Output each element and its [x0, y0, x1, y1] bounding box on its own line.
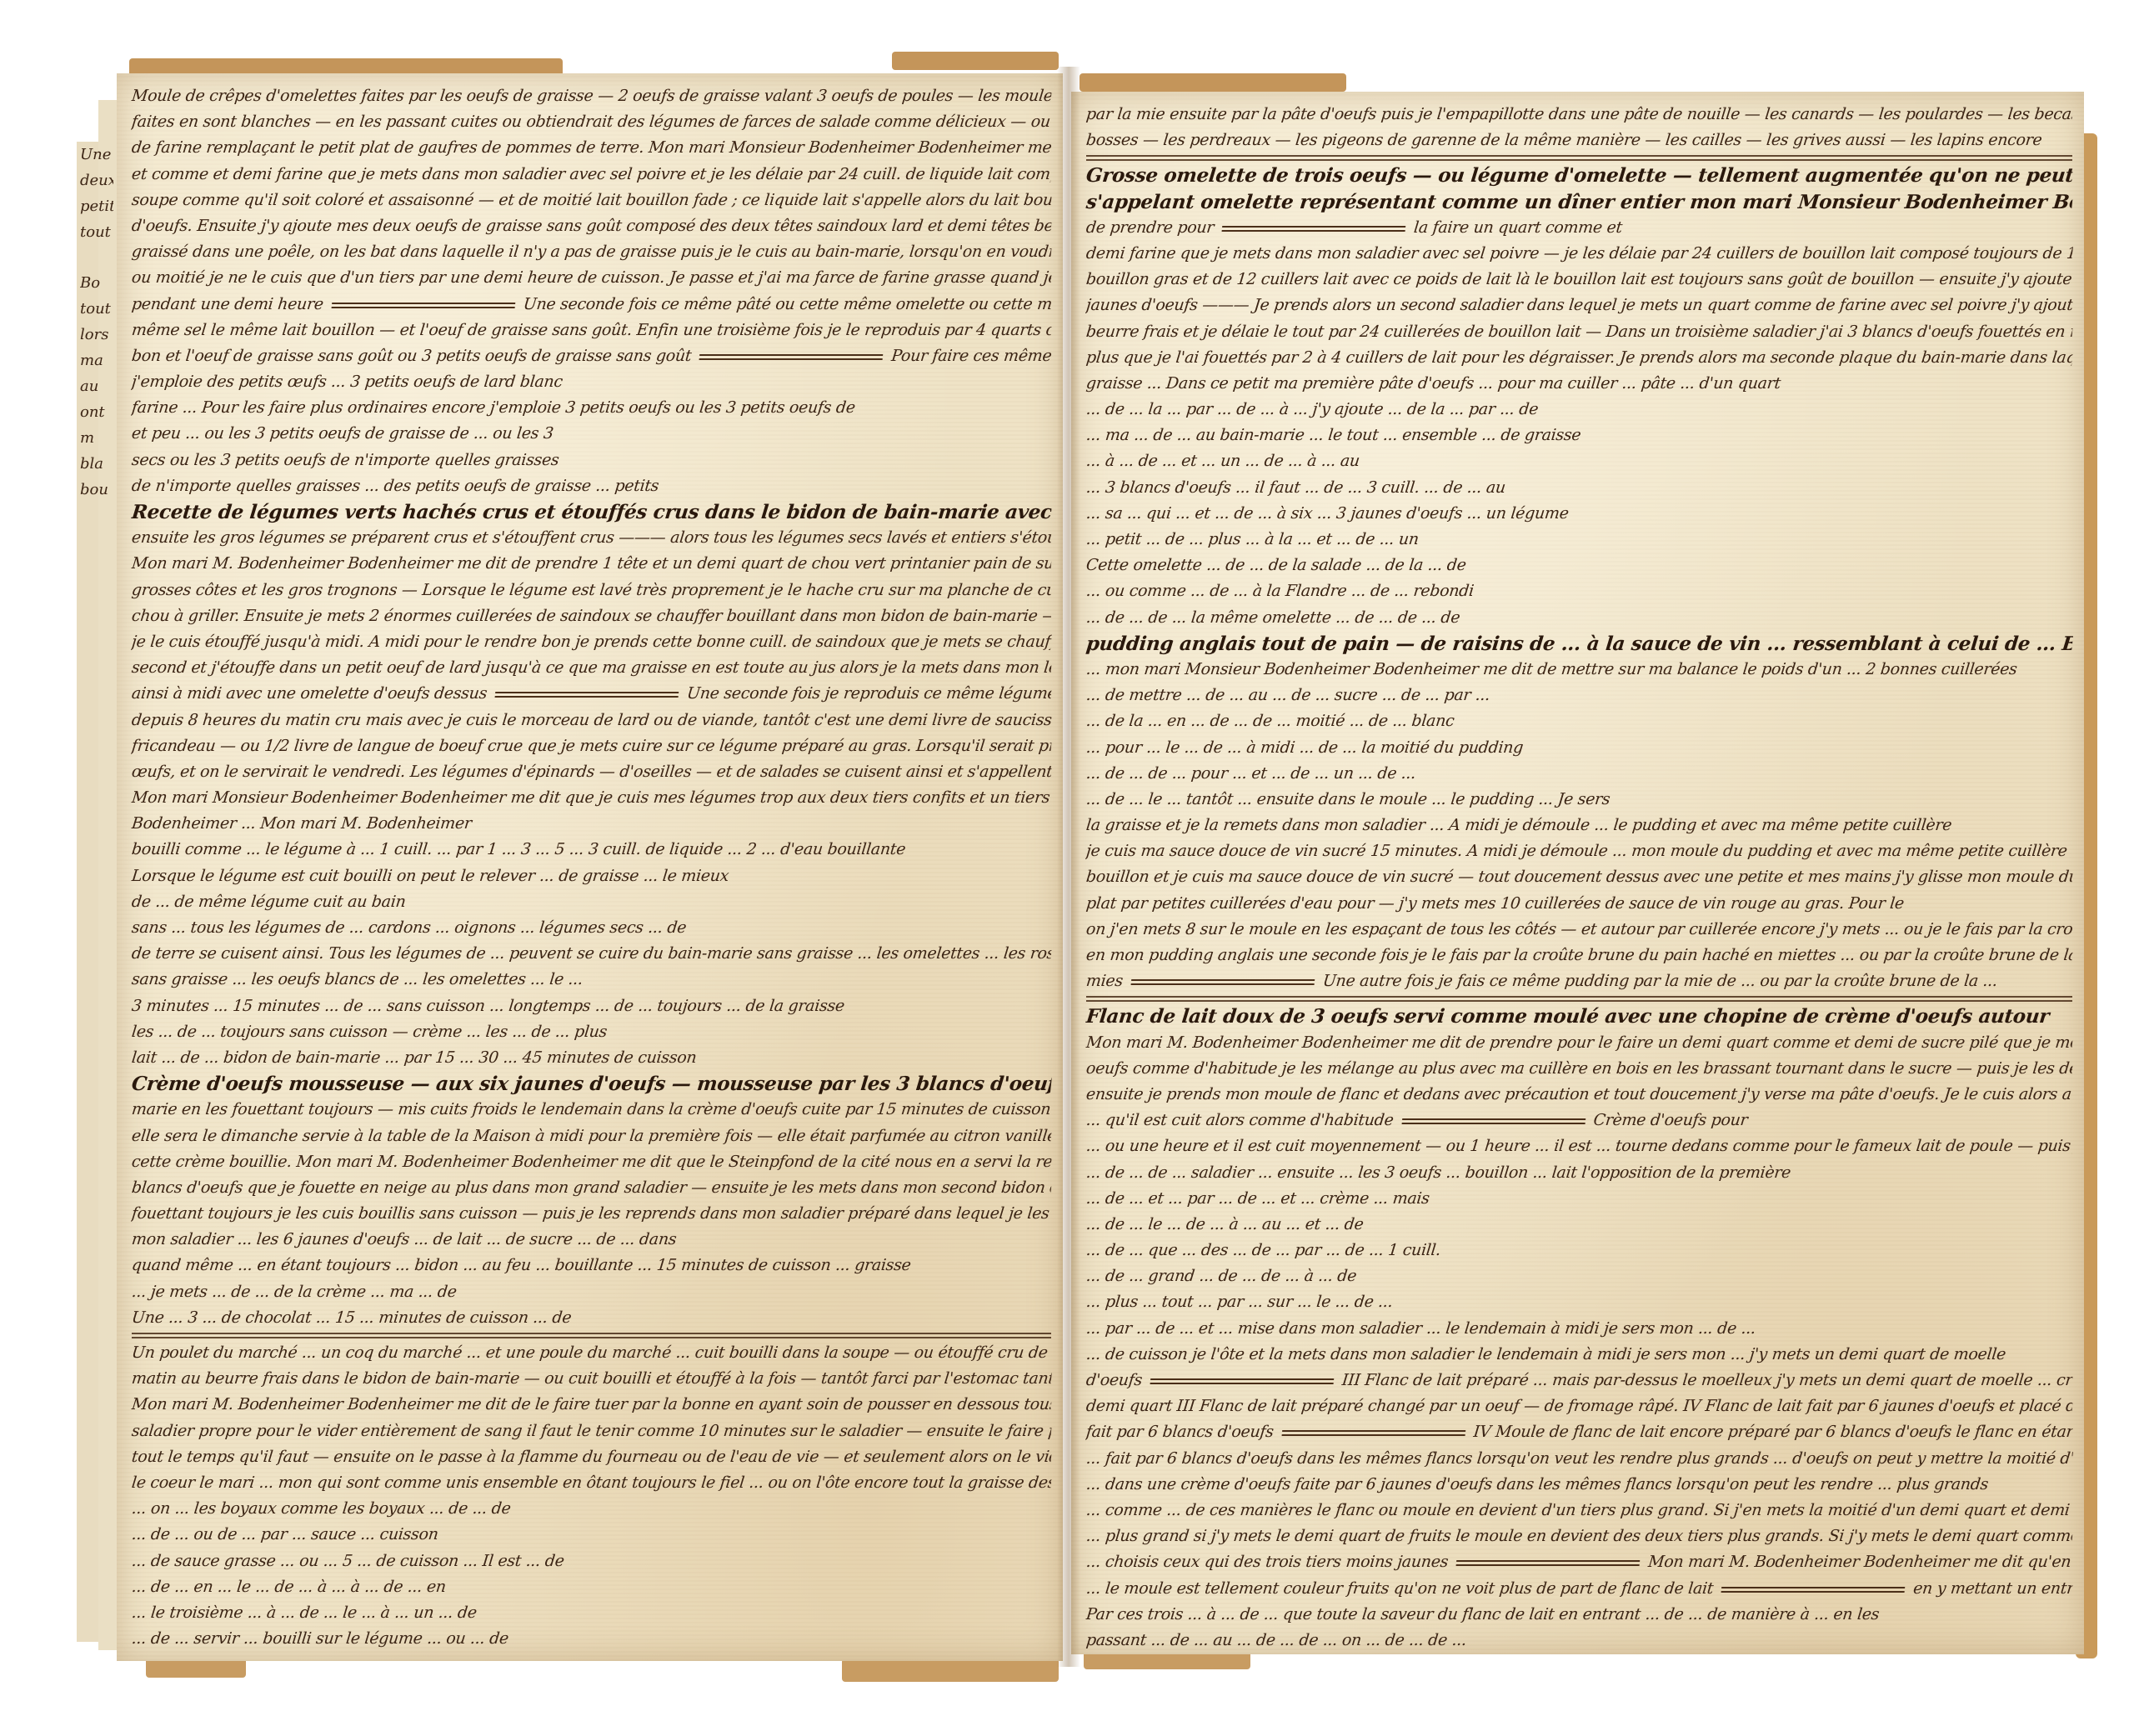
manuscript-line: chou à griller. Ensuite je mets 2 énorme…: [130, 603, 1052, 629]
manuscript-line: ... plus grand si j'y mets le demi quart…: [1085, 1523, 2073, 1549]
manuscript-line: Moule de crêpes d'omelettes faites par l…: [130, 83, 1052, 109]
manuscript-line: les ... de ... toujours sans cuisson — c…: [130, 1019, 1052, 1045]
manuscript-line: bouilli comme ... le légume à ... 1 cuil…: [130, 837, 1052, 863]
manuscript-line: fait par 6 blancs d'oeufsIV Moule de fla…: [1085, 1419, 2073, 1445]
ink-double-rule: [1150, 1378, 1335, 1384]
manuscript-line: miesUne autre fois je fais ce même puddi…: [1085, 968, 2073, 994]
manuscript-line: secs ou les 3 petits oeufs de n'importe …: [130, 448, 1052, 473]
manuscript-line: de ... de même légume cuit au bain: [130, 889, 1052, 915]
manuscript-line: ... de ... de ... pour ... et ... de ...…: [1085, 761, 2073, 787]
margin-word: tout: [80, 219, 113, 245]
manuscript-line: marie en les fouettant toujours — mis cu…: [130, 1097, 1052, 1123]
ink-double-rule: [1086, 155, 2072, 161]
manuscript-line: ... ou comme ... de ... à la Flandre ...…: [1085, 578, 2073, 604]
ink-double-rule: [331, 302, 515, 308]
manuscript-line: faites en sont blanches — en les passant…: [130, 109, 1052, 135]
manuscript-line: Mon mari M. Bodenheimer Bodenheimer me d…: [130, 551, 1052, 577]
margin-word: bla: [80, 451, 113, 477]
torn-cover-top-center: [892, 52, 1059, 70]
manuscript-line: ... de ... que ... des ... de ... par ..…: [1085, 1238, 2073, 1263]
manuscript-line: en mon pudding anglais une seconde fois …: [1085, 943, 2073, 968]
torn-cover-top-right: [1080, 73, 1346, 92]
manuscript-line: beurre frais et je délaie le tout par 24…: [1085, 319, 2073, 345]
manuscript-line: ensuite les gros légumes se préparent cr…: [130, 525, 1052, 551]
manuscript-line: graisse ... Dans ce petit ma première pâ…: [1085, 371, 2073, 397]
recipe-heading: pudding anglais tout de pain — de raisin…: [1085, 631, 2073, 657]
margin-word: Bo: [80, 270, 113, 296]
margin-word: lors: [80, 322, 113, 348]
manuscript-line: Mon mari M. Bodenheimer Bodenheimer me d…: [1085, 1030, 2073, 1056]
manuscript-line: Lorsque le légume est cuit bouilli on pe…: [130, 863, 1052, 889]
manuscript-line: elle sera le dimanche servie à la table …: [130, 1123, 1052, 1149]
manuscript-line: ... comme ... de ces manières le flanc o…: [1085, 1498, 2073, 1523]
recipe-heading: Flanc de lait doux de 3 oeufs servi comm…: [1085, 1003, 2073, 1029]
manuscript-line: de n'importe quelles graisses ... des pe…: [130, 473, 1052, 499]
manuscript-line: je le cuis étouffé jusqu'à midi. A midi …: [130, 629, 1052, 655]
manuscript-line: 3 minutes ... 15 minutes ... de ... sans…: [130, 993, 1052, 1019]
manuscript-line: ... de ... grand ... de ... de ... à ...…: [1085, 1263, 2073, 1289]
margin-word: deux: [80, 168, 113, 193]
manuscript-line: ... de ... de ... saladier ... ensuite .…: [1085, 1160, 2073, 1186]
manuscript-line: graissé dans une poêle, on les bat dans …: [130, 239, 1052, 265]
manuscript-line: fouettant toujours je les cuis bouillis …: [130, 1201, 1052, 1227]
manuscript-line: quand même ... en étant toujours ... bid…: [130, 1253, 1052, 1278]
margin-word: tout: [80, 296, 113, 322]
manuscript-line: aux de ... de ... de ... de ... de ... d…: [1085, 1653, 2073, 1654]
manuscript-line: matin au beurre frais dans le bidon de b…: [130, 1366, 1052, 1392]
manuscript-line: et peu ... ou les 3 petits oeufs de grai…: [130, 421, 1052, 447]
ink-double-rule: [1281, 1430, 1465, 1436]
manuscript-line: ... ou une heure et il est cuit moyennem…: [1085, 1133, 2073, 1159]
ink-double-rule: [1401, 1118, 1585, 1124]
open-notebook: Une deux petit tout Bo tout lors ma au o…: [0, 0, 2134, 1736]
manuscript-line: d'oeufsIII Flanc de lait préparé ... mai…: [1085, 1368, 2073, 1393]
manuscript-line: ... pour ... le ... de ... à midi ... de…: [1085, 735, 2073, 761]
left-page-text: Moule de crêpes d'omelettes faites par l…: [132, 83, 1051, 1651]
manuscript-line: ... le troisième ... à ... de ... le ...…: [130, 1600, 1052, 1626]
right-page: par la mie ensuite par la pâte d'oeufs p…: [1071, 92, 2084, 1654]
manuscript-line: bouillon gras et de 12 cuillers lait ave…: [1085, 267, 2073, 293]
manuscript-line: plat par petites cuillerées d'eau pour —…: [1085, 891, 2073, 917]
manuscript-line: ... par ... de ... et ... mise dans mon …: [1085, 1316, 2073, 1342]
manuscript-line: blancs d'oeufs que je fouette en neige a…: [130, 1175, 1052, 1201]
ink-double-rule: [1130, 979, 1315, 985]
manuscript-line: ... de la ... en ... de ... de ... moiti…: [1085, 708, 2073, 734]
manuscript-line: ... plus ... tout ... par ... sur ... le…: [1085, 1289, 2073, 1315]
manuscript-line: saladier propre pour le vider entièremen…: [130, 1418, 1052, 1444]
margin-word: bou: [80, 477, 113, 503]
manuscript-line: cette crème bouillie. Mon mari M. Bodenh…: [130, 1149, 1052, 1175]
manuscript-line: ... 3 blancs d'oeufs ... il faut ... de …: [1085, 475, 2073, 501]
manuscript-line: bon et l'oeuf de graisse sans goût ou 3 …: [130, 343, 1052, 369]
manuscript-line: ... mon mari Monsieur Bodenheimer Bodenh…: [1085, 657, 2073, 683]
manuscript-line: Mon mari Monsieur Bodenheimer Bodenheime…: [130, 785, 1052, 811]
manuscript-line: œufs, et on le servirait le vendredi. Le…: [130, 759, 1052, 785]
manuscript-line: ... qu'il est cuit alors comme d'habitud…: [1085, 1108, 2073, 1133]
margin-word: petit: [80, 193, 113, 219]
manuscript-line: je cuis ma sauce douce de vin sucré 15 m…: [1085, 838, 2073, 864]
manuscript-line: ... dans une crème d'oeufs faite par 6 j…: [1085, 1472, 2073, 1498]
manuscript-line: ... de ... ou de ... par ... sauce ... c…: [130, 1522, 1052, 1548]
right-page-text: par la mie ensuite par la pâte d'oeufs p…: [1086, 102, 2072, 1644]
manuscript-line: sans graisse ... les oeufs blancs de ...…: [130, 967, 1052, 993]
manuscript-line: lait ... de ... bidon de bain-marie ... …: [130, 1045, 1052, 1071]
recipe-heading: s'appelant omelette représentant comme u…: [1085, 189, 2073, 215]
manuscript-line: ... de ... servir ... bouilli sur le lég…: [130, 1626, 1052, 1652]
manuscript-line: ... je mets ... de ... de la crème ... m…: [130, 1279, 1052, 1305]
manuscript-line: Cette omelette ... de ... de la salade .…: [1085, 553, 2073, 578]
manuscript-line: Par ces trois ... à ... de ... que toute…: [1085, 1602, 2073, 1628]
manuscript-line: soupe comme qu'il soit coloré et assaiso…: [130, 188, 1052, 213]
ink-double-rule: [132, 1333, 1051, 1338]
ink-double-rule: [495, 692, 679, 698]
manuscript-line: ... on ... les boyaux comme les boyaux .…: [130, 1496, 1052, 1522]
manuscript-line: ... choisis ceux qui des trois tiers moi…: [1085, 1549, 2073, 1575]
ink-double-rule: [699, 353, 884, 359]
margin-word: au: [80, 373, 113, 399]
manuscript-line: ... à ... de ... et ... un ... de ... à …: [1085, 448, 2073, 474]
manuscript-line: ensuite je prends mon moule de flanc et …: [1085, 1082, 2073, 1108]
ink-double-rule: [1222, 225, 1406, 231]
manuscript-line: par la mie ensuite par la pâte d'oeufs p…: [1085, 102, 2073, 128]
manuscript-line: oeufs comme d'habitude je les mélange au…: [1085, 1056, 2073, 1082]
manuscript-line: fricandeau — ou 1/2 livre de langue de b…: [130, 733, 1052, 759]
recipe-heading: Recette de légumes verts hachés crus et …: [130, 499, 1052, 525]
manuscript-line: ... ma ... de ... au bain-marie ... le t…: [1085, 423, 2073, 448]
manuscript-line: depuis 8 heures du matin cru mais avec j…: [130, 708, 1052, 733]
recipe-heading: Crème d'oeufs mousseuse — aux six jaunes…: [130, 1071, 1052, 1097]
manuscript-line: plus que je l'ai fouettés par 2 à 4 cuil…: [1085, 345, 2073, 371]
manuscript-line: ... fait par 6 blancs d'oeufs dans les m…: [1085, 1446, 2073, 1472]
manuscript-line: grosses côtes et les gros trognons — Lor…: [130, 578, 1052, 603]
margin-word: ont: [80, 399, 113, 425]
margin-word: Une: [80, 142, 113, 168]
manuscript-line: jaunes d'oeufs ——— Je prends alors un se…: [1085, 293, 2073, 318]
manuscript-line: second et j'étouffe dans un petit oeuf d…: [130, 655, 1052, 681]
manuscript-line: le coeur le mari ... mon qui sont comme …: [130, 1470, 1052, 1496]
manuscript-line: pendant une demi heureUne seconde fois c…: [130, 292, 1052, 318]
manuscript-line: bouillon et je cuis ma sauce douce de vi…: [1085, 864, 2073, 890]
manuscript-line: sans ... tous les légumes de ... cardons…: [130, 915, 1052, 941]
ink-double-rule: [1456, 1560, 1641, 1566]
manuscript-line: ... de ... de ... la même omelette ... d…: [1085, 605, 2073, 631]
manuscript-line: ... de ... le ... de ... à ... au ... et…: [1085, 1212, 2073, 1238]
manuscript-line: ... de ... et ... par ... de ... et ... …: [1085, 1186, 2073, 1212]
manuscript-line: ainsi à midi avec une omelette d'oeufs d…: [130, 681, 1052, 707]
manuscript-line: demi quart III Flanc de lait préparé cha…: [1085, 1393, 2073, 1419]
manuscript-line: ... de ... en ... le ... de ... à ... à …: [130, 1574, 1052, 1600]
manuscript-line: ou moitié je ne le cuis que d'un tiers p…: [130, 265, 1052, 291]
recipe-heading: Grosse omelette de trois oeufs — ou légu…: [1085, 163, 2073, 188]
manuscript-line: Bodenheimer ... Mon mari M. Bodenheimer: [130, 811, 1052, 837]
book-spine: [1057, 67, 1080, 1667]
margin-word: m: [80, 425, 113, 451]
manuscript-line: de prendre pourla faire un quart comme e…: [1085, 215, 2073, 241]
margin-word: ma: [80, 348, 113, 373]
manuscript-line: de terre se cuisent ainsi. Tous les légu…: [130, 941, 1052, 967]
manuscript-line: farine ... Pour les faire plus ordinaire…: [130, 395, 1052, 421]
manuscript-line: ... petit ... de ... plus ... à la ... e…: [1085, 527, 2073, 553]
manuscript-line: on j'en mets 8 sur le moule en les espaç…: [1085, 917, 2073, 943]
torn-edge-bottom-center: [842, 1658, 1059, 1682]
manuscript-line: mon saladier ... les 6 jaunes d'oeufs ..…: [130, 1227, 1052, 1253]
manuscript-line: Un poulet du marché ... un coq du marché…: [130, 1340, 1052, 1366]
manuscript-line: ... de cuisson je l'ôte et la mets dans …: [1085, 1342, 2073, 1368]
manuscript-line: ... de sauce grasse ... ou ... 5 ... de …: [130, 1548, 1052, 1574]
manuscript-line: d'oeufs. Ensuite j'y ajoute mes deux oeu…: [130, 213, 1052, 239]
manuscript-line: ... de mettre ... de ... au ... de ... s…: [1085, 683, 2073, 708]
manuscript-line: même sel le même lait bouillon — et l'oe…: [130, 318, 1052, 343]
manuscript-line: ... sa ... qui ... et ... de ... à six .…: [1085, 501, 2073, 527]
manuscript-line: la graisse et je la remets dans mon sala…: [1085, 813, 2073, 838]
manuscript-line: j'emploie des petits œufs ... 3 petits o…: [130, 369, 1052, 395]
manuscript-line: Mon mari M. Bodenheimer Bodenheimer me d…: [130, 1392, 1052, 1418]
left-page: Moule de crêpes d'omelettes faites par l…: [117, 73, 1063, 1661]
manuscript-line: ... le moule est tellement couleur fruit…: [1085, 1576, 2073, 1602]
manuscript-line: Une ... 3 ... de chocolat ... 15 ... min…: [130, 1305, 1052, 1331]
manuscript-line: et comme et demi farine que je mets dans…: [130, 162, 1052, 188]
manuscript-line: de farine remplaçant le petit plat de ga…: [130, 135, 1052, 161]
manuscript-line: demi farine que je mets dans mon saladie…: [1085, 241, 2073, 267]
ink-double-rule: [1086, 996, 2072, 1002]
manuscript-line: ... de ... le ... tantôt ... ensuite dan…: [1085, 787, 2073, 813]
manuscript-line: tout le temps qu'il faut — ensuite on le…: [130, 1444, 1052, 1470]
manuscript-line: ... de ... la ... par ... de ... à ... j…: [1085, 397, 2073, 423]
margin-fragments: Une deux petit tout Bo tout lors ma au o…: [80, 142, 113, 1625]
manuscript-line: passant ... de ... au ... de ... de ... …: [1085, 1628, 2073, 1653]
ink-double-rule: [1721, 1586, 1906, 1592]
manuscript-line: bosses — les perdreaux — les pigeons de …: [1085, 128, 2073, 153]
